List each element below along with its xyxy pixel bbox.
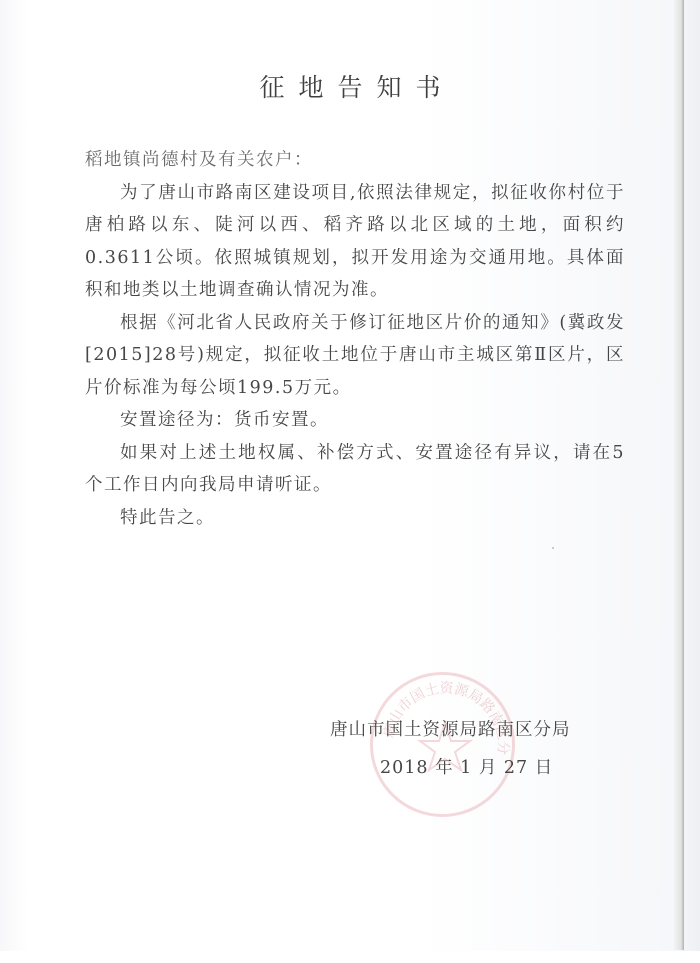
page-edge-shadow xyxy=(674,0,684,950)
paragraph-hearing: 如果对上述土地权属、补偿方式、安置途径有异议，请在5个工作日内向我局申请听证。 xyxy=(85,437,625,502)
issuing-organization: 唐山市国土资源局路南区分局 xyxy=(330,716,571,741)
paragraph-price-basis: 根据《河北省人民政府关于修订征地区片价的通知》(冀政发[2015]28号)规定，… xyxy=(85,307,625,405)
paragraph-project: 为了唐山市路南区建设项目,依照法律规定，拟征收你村位于唐柏路以东、陡河以西、稻齐… xyxy=(85,177,625,307)
salutation: 稻地镇尚德村及有关农户： xyxy=(85,144,625,177)
official-seal: 唐山市国土资源局路南区分局 xyxy=(370,672,515,817)
issue-date: 2018 年 1 月 27 日 xyxy=(380,754,553,779)
seal-star-icon: 唐山市国土资源局路南区分局 xyxy=(373,675,518,820)
paragraph-closing: 特此告之。 xyxy=(85,502,625,535)
page-bottom-margin xyxy=(0,951,700,963)
scan-speck xyxy=(552,547,554,549)
paragraph-resettlement: 安置途径为：货币安置。 xyxy=(85,404,625,437)
document-body: 稻地镇尚德村及有关农户： 为了唐山市路南区建设项目,依照法律规定，拟征收你村位于… xyxy=(85,144,625,534)
document-title: 征地告知书 xyxy=(0,68,700,104)
document-page: 征地告知书 稻地镇尚德村及有关农户： 为了唐山市路南区建设项目,依照法律规定，拟… xyxy=(0,0,700,963)
